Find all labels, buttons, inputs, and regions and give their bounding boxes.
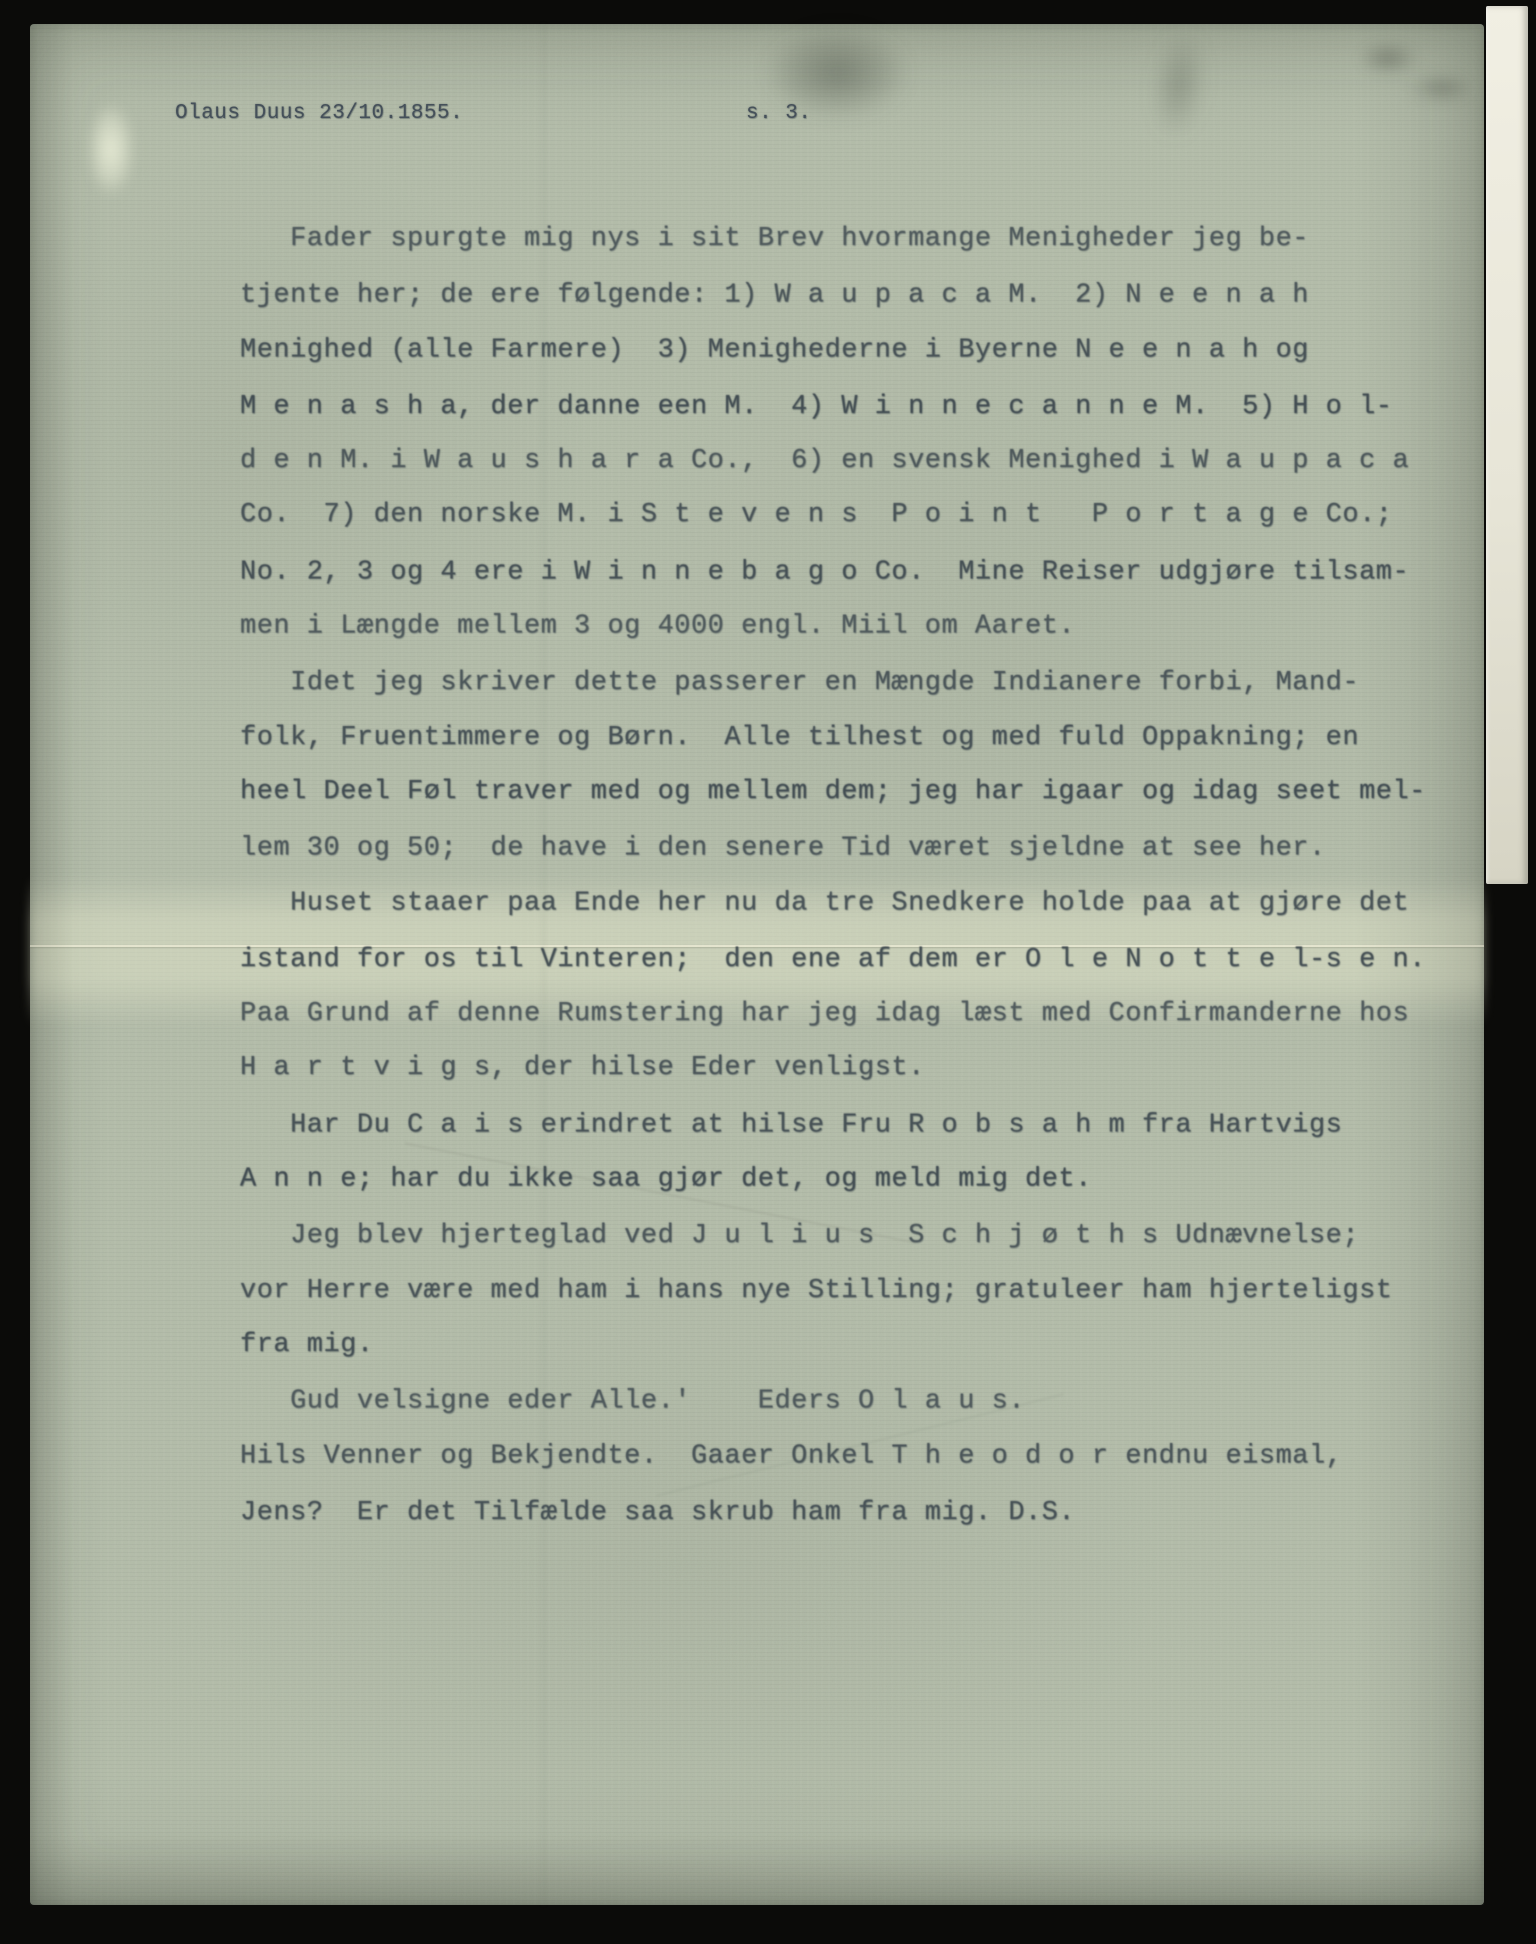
letter-line-10: folk, Fruentimmere og Børn. Alle tilhest… [240, 711, 1426, 766]
letter-line-1: Fader spurgte mig nys i sit Brev hvorman… [240, 212, 1426, 267]
letter-body: Fader spurgte mig nys i sit Brev hvorman… [240, 213, 1426, 1540]
letter-line-23: Hils Venner og Bekjendte. Gaaer Onkel T … [240, 1429, 1426, 1484]
letter-line-2: tjente her; de ere følgende: 1) W a u p … [240, 269, 1426, 324]
scan-background: Olaus Duus 23/10.1855. s. 3. Fader spurg… [0, 0, 1536, 1944]
header-page-number: s. 3. [746, 102, 812, 125]
letter-page: Olaus Duus 23/10.1855. s. 3. Fader spurg… [30, 24, 1484, 1905]
letter-line-7: No. 2, 3 og 4 ere i W i n n e b a g o Co… [240, 545, 1426, 600]
letter-line-21: fra mig. [240, 1318, 1426, 1373]
stain-top-streak [1139, 9, 1218, 160]
letter-line-20: vor Herre være med ham i hans nye Stilli… [240, 1264, 1426, 1319]
letter-line-12: lem 30 og 50; de have i den senere Tid v… [240, 822, 1426, 877]
letter-line-13: Huset staaer paa Ende her nu da tre Sned… [240, 876, 1426, 931]
letter-line-16: H a r t v i g s, der hilse Eder venligst… [240, 1041, 1426, 1096]
letter-line-19: Jeg blev hjerteglad ved J u l i u s S c … [240, 1209, 1426, 1264]
letter-line-24: Jens? Er det Tilfælde saa skrub ham fra … [240, 1486, 1426, 1541]
letter-line-3: Menighed (alle Farmere) 3) Menighederne … [240, 323, 1426, 378]
bottom-edge-shadow [30, 1835, 1484, 1905]
stain-corner-marks [1352, 28, 1472, 114]
letter-line-6: Co. 7) den norske M. i S t e v e n s P o… [240, 488, 1426, 543]
adjacent-page-edge [1486, 6, 1528, 884]
letter-line-11: heel Deel Føl traver med og mellem dem; … [240, 765, 1426, 820]
left-edge-shadow [30, 24, 74, 1905]
letter-line-9: Idet jeg skriver dette passerer en Mængd… [240, 656, 1426, 711]
letter-line-17: Har Du C a i s erindret at hilse Fru R o… [240, 1098, 1426, 1153]
letter-line-5: d e n M. i W a u s h a r a Co., 6) en sv… [240, 434, 1426, 489]
letter-line-8: men i Længde mellem 3 og 4000 engl. Miil… [240, 600, 1426, 655]
stain-light-blotch [82, 92, 140, 207]
letter-line-14: istand for os til Vinteren; den ene af d… [240, 933, 1426, 988]
letter-line-15: Paa Grund af denne Rumstering har jeg id… [240, 987, 1426, 1042]
letter-line-4: M e n a s h a, der danne een M. 4) W i n… [240, 380, 1426, 435]
letter-line-18: A n n e; har du ikke saa gjør det, og me… [240, 1153, 1426, 1208]
header-author-date: Olaus Duus 23/10.1855. [175, 102, 463, 125]
letter-line-22: Gud velsigne eder Alle.' Eders O l a u s… [240, 1375, 1426, 1430]
